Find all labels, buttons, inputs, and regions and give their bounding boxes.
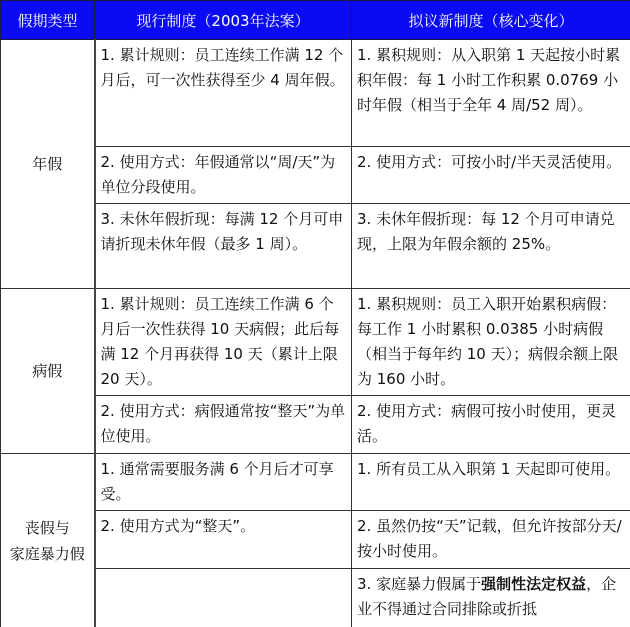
proposed-cell: 3. 家庭暴力假属于强制性法定权益，企业不得通过合同排除或折抵 — [352, 569, 630, 627]
table-row: 3. 家庭暴力假属于强制性法定权益，企业不得通过合同排除或折抵 — [1, 569, 630, 627]
leave-type-line2: 家庭暴力假 — [3, 541, 92, 567]
table-row: 年假 1. 累计规则：员工连续工作满 12 个月后，可一次性获得至少 4 周年假… — [1, 40, 630, 147]
proposed-cell: 2. 使用方式：病假可按小时使用，更灵活。 — [352, 396, 630, 454]
table-row: 病假 1. 累计规则：员工连续工作满 6 个月后一次性获得 10 天病假；此后每… — [1, 289, 630, 396]
table-row: 2. 使用方式为“整天”。 2. 虽然仍按“天”记载，但允许按部分天/按小时使用… — [1, 511, 630, 569]
header-leave-type: 假期类型 — [1, 1, 95, 40]
current-cell: 2. 使用方式：年假通常以“周/天”为单位分段使用。 — [95, 147, 352, 204]
table-row: 3. 未休年假折现：每满 12 个月可申请折现未休年假（最多 1 周）。 3. … — [1, 204, 630, 289]
leave-type-bereavement-dv: 丧假与 家庭暴力假 — [1, 454, 95, 627]
leave-type-line1: 丧假与 — [3, 515, 92, 541]
table-row: 2. 使用方式：病假通常按“整天”为单位使用。 2. 使用方式：病假可按小时使用… — [1, 396, 630, 454]
current-cell: 3. 未休年假折现：每满 12 个月可申请折现未休年假（最多 1 周）。 — [95, 204, 352, 289]
current-cell: 2. 使用方式：病假通常按“整天”为单位使用。 — [95, 396, 352, 454]
proposed-cell: 1. 累积规则：员工入职开始累积病假：每工作 1 小时累积 0.0385 小时病… — [352, 289, 630, 396]
leave-comparison-table: 假期类型 现行制度（2003年法案） 拟议新制度（核心变化） 年假 1. 累计规… — [0, 0, 630, 627]
header-current-system: 现行制度（2003年法案） — [95, 1, 352, 40]
table-row: 2. 使用方式：年假通常以“周/天”为单位分段使用。 2. 使用方式：可按小时/… — [1, 147, 630, 204]
proposed-prefix: 3. 家庭暴力假属于 — [357, 575, 481, 593]
leave-type-annual: 年假 — [1, 40, 95, 289]
current-cell: 1. 通常需要服务满 6 个月后才可享受。 — [95, 454, 352, 511]
table-row: 丧假与 家庭暴力假 1. 通常需要服务满 6 个月后才可享受。 1. 所有员工从… — [1, 454, 630, 511]
proposed-cell: 1. 所有员工从入职第 1 天起即可使用。 — [352, 454, 630, 511]
leave-type-sick: 病假 — [1, 289, 95, 454]
current-cell: 1. 累计规则：员工连续工作满 12 个月后，可一次性获得至少 4 周年假。 — [95, 40, 352, 147]
current-cell: 2. 使用方式为“整天”。 — [95, 511, 352, 569]
proposed-cell: 1. 累积规则：从入职第 1 天起按小时累积年假：每 1 小时工作积累 0.07… — [352, 40, 630, 147]
proposed-emphasis: 强制性法定权益 — [481, 575, 586, 593]
header-proposed-system: 拟议新制度（核心变化） — [352, 1, 630, 40]
proposed-cell: 3. 未休年假折现：每 12 个月可申请兑现，上限为年假余额的 25%。 — [352, 204, 630, 289]
header-row: 假期类型 现行制度（2003年法案） 拟议新制度（核心变化） — [1, 1, 630, 40]
proposed-cell: 2. 虽然仍按“天”记载，但允许按部分天/按小时使用。 — [352, 511, 630, 569]
current-cell: 1. 累计规则：员工连续工作满 6 个月后一次性获得 10 天病假；此后每满 1… — [95, 289, 352, 396]
proposed-cell: 2. 使用方式：可按小时/半天灵活使用。 — [352, 147, 630, 204]
current-cell-empty — [95, 569, 352, 627]
